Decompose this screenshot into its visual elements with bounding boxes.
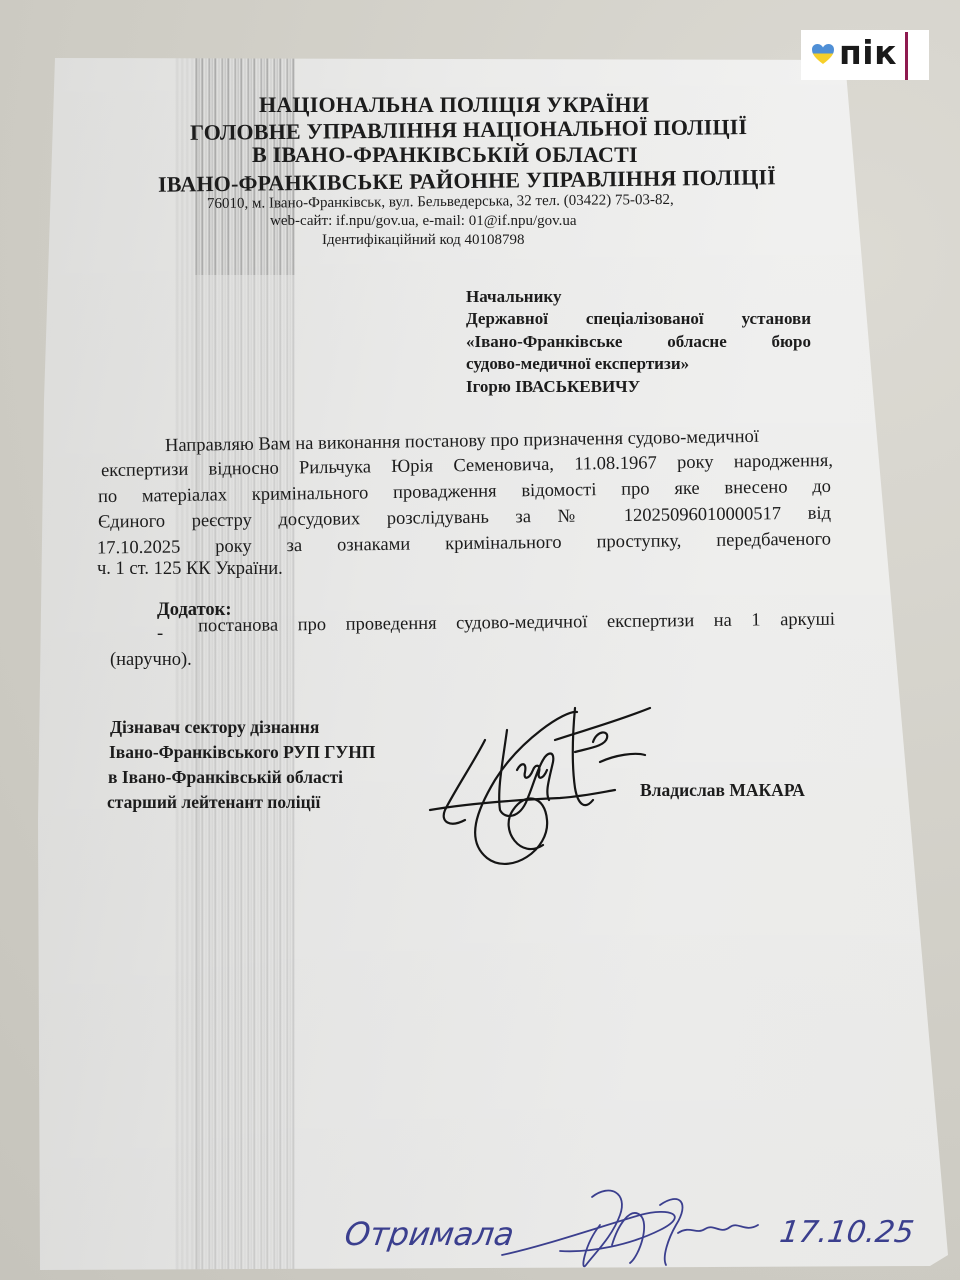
receipt-date: 17.10.25	[778, 1215, 917, 1250]
body-line: по матеріалах кримінального провадження …	[98, 477, 831, 508]
ukraine-heart-icon	[811, 42, 835, 66]
addressee-line-2: Державної спеціалізованої установи	[466, 307, 811, 330]
letterhead-address: 76010, м. Івано-Франківськ, вул. Бельвед…	[207, 192, 674, 213]
signer-name: Владислав МАКАРА	[640, 780, 805, 801]
body-line: ч. 1 ст. 125 КК України.	[97, 559, 283, 580]
letterhead-line-4: ІВАНО-ФРАНКІВСЬКЕ РАЙОННЕ УПРАВЛІННЯ ПОЛ…	[158, 164, 776, 198]
addressee-name: Ігорю ІВАСЬКЕВИЧУ	[466, 375, 640, 398]
receipt-note-text: Отримала	[342, 1215, 516, 1253]
addressee-line-1: Начальнику	[466, 285, 561, 308]
addressee-line-3: «Івано-Франківське обласне бюро	[466, 330, 811, 353]
handwritten-signature-icon	[425, 700, 655, 880]
attachment-item: постанова про проведення судово-медичної…	[198, 610, 835, 638]
letterhead-web: web-сайт: if.npu/gov.ua, e-mail: 01@if.n…	[270, 213, 577, 230]
pik-brand-bar	[905, 32, 908, 80]
signer-title-line: старший лейтенант поліції	[107, 792, 320, 813]
signer-title-line: в Івано-Франківській області	[108, 767, 343, 788]
addressee-line-4: судово-медичної експертизи»	[466, 352, 689, 375]
letterhead-line-1: НАЦІОНАЛЬНА ПОЛІЦІЯ УКРАЇНИ	[259, 92, 649, 118]
pik-watermark-logo: пік	[801, 30, 929, 80]
signer-title-line: Дізнавач сектору дізнання	[110, 717, 319, 738]
body-line: 17.10.2025 року за ознаками кримінальног…	[97, 530, 831, 560]
attachment-bullet: -	[157, 624, 163, 645]
body-line: Єдиного реєстру досудових розслідувань з…	[98, 504, 831, 534]
letter: НАЦІОНАЛЬНА ПОЛІЦІЯ УКРАЇНИ ГОЛОВНЕ УПРА…	[0, 0, 960, 1280]
letterhead-id-code: Ідентифікаційний код 40108798	[322, 232, 525, 249]
signer-title-line: Івано-Франківського РУП ГУНП	[109, 742, 375, 763]
receipt-signature-icon	[500, 1185, 770, 1275]
attachment-item-continued: (наручно).	[110, 650, 192, 671]
letterhead-line-3: В ІВАНО-ФРАНКІВСЬКІЙ ОБЛАСТІ	[252, 142, 638, 168]
pik-brand-text: пік	[839, 33, 897, 72]
